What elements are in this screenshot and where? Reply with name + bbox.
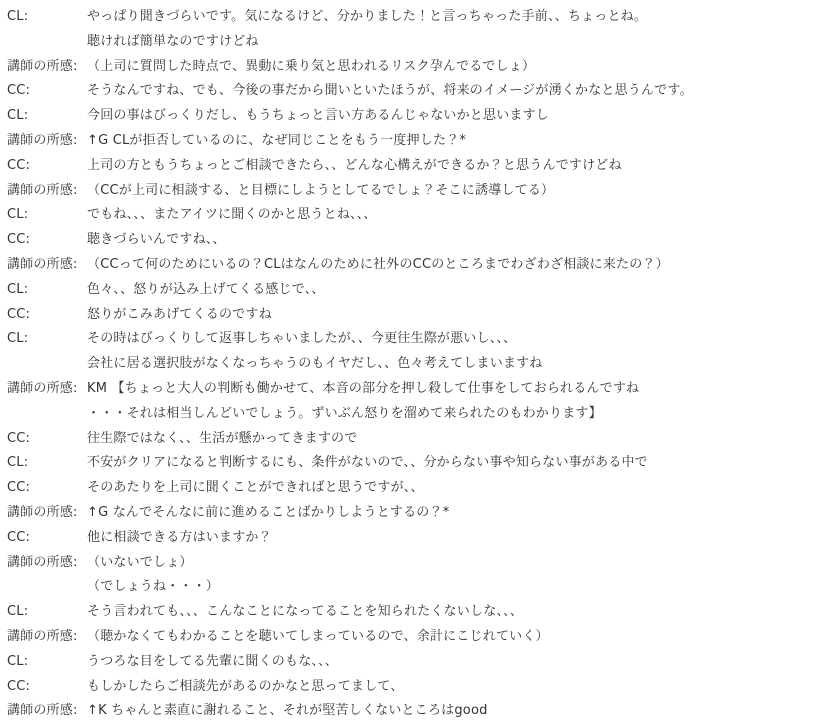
utterance-line: ↑K ちゃんと素直に謝れること、それが堅苦しくないところはgood: [87, 699, 821, 721]
transcript-row: 講師の所感: （上司に質問した時点で、異動に乗り気と思われるリスク孕んでるでしょ…: [7, 55, 821, 80]
transcript-document: CL: やっぱり聞きづらいです。気になるけど、分かりました！と言っちゃった手前、…: [0, 0, 825, 721]
row-lines: ↑G CLが拒否しているのに、なぜ同じことをもう一度押した？*: [87, 129, 821, 154]
speaker-label: CC:: [7, 303, 87, 328]
speaker-label: CL:: [7, 451, 87, 476]
utterance-line: 往生際ではなく、、生活が懸かってきますので: [87, 427, 821, 452]
transcript-row: CC: そのあたりを上司に聞くことができればと思うですが、、: [7, 476, 821, 501]
transcript-row: CL: うつろな目をしてる先輩に聞くのもな、、、: [7, 650, 821, 675]
utterance-line: 聴きづらいんですね、、: [87, 228, 821, 253]
transcript-row: CL: そう言われても、、、こんなことになってることを知られたくないしな、、、: [7, 600, 821, 625]
transcript-row: 講師の所感: ↑G CLが拒否しているのに、なぜ同じことをもう一度押した？*: [7, 129, 821, 154]
speaker-label: CC:: [7, 476, 87, 501]
row-lines: （上司に質問した時点で、異動に乗り気と思われるリスク孕んでるでしょ）: [87, 55, 821, 80]
row-lines: でもね、、、またアイツに聞くのかと思うとね、、、: [87, 203, 821, 228]
speaker-label: CC:: [7, 228, 87, 253]
transcript-row: CL: 今回の事はびっくりだし、もうちょっと言い方あるんじゃないかと思いますし: [7, 104, 821, 129]
speaker-label: 講師の所感:: [7, 179, 87, 204]
row-lines: （いないでしょ）（でしょうね・・・）: [87, 551, 821, 601]
row-lines: （聴かなくてもわかることを聴いてしまっているので、余計にこじれていく）: [87, 625, 821, 650]
utterance-line: （CCって何のためにいるの？CLはなんのために社外のCCのところまでわざわざ相談…: [87, 253, 821, 278]
utterance-line: もしかしたらご相談先があるのかなと思ってまして、: [87, 675, 821, 700]
transcript: CL: やっぱり聞きづらいです。気になるけど、分かりました！と言っちゃった手前、…: [7, 5, 821, 721]
row-lines: 不安がクリアになると判断するにも、条件がないので、、分からない事や知らない事があ…: [87, 451, 821, 476]
row-lines: その時はびっくりして返事しちゃいましたが、、今更往生際が悪いし、、、会社に居る選…: [87, 327, 821, 377]
row-lines: もしかしたらご相談先があるのかなと思ってまして、: [87, 675, 821, 700]
transcript-row: CC: 怒りがこみあげてくるのですね: [7, 303, 821, 328]
utterance-line: 上司の方ともうちょっとご相談できたら、、どんな心構えができるか？と思うんですけど…: [87, 154, 821, 179]
utterance-line: 会社に居る選択肢がなくなっちゃうのもイヤだし、、色々考えてしまいますね: [87, 352, 821, 377]
utterance-line: ・・・それは相当しんどいでしょう。ずいぶん怒りを溜めて来られたのもわかります】: [87, 402, 821, 427]
speaker-label: CC:: [7, 427, 87, 452]
transcript-row: 講師の所感: （CCって何のためにいるの？CLはなんのために社外のCCのところま…: [7, 253, 821, 278]
utterance-line: ↑G CLが拒否しているのに、なぜ同じことをもう一度押した？*: [87, 129, 821, 154]
transcript-row: 講師の所感: ↑G なんでそんなに前に進めることばかりしようとするの？*: [7, 501, 821, 526]
row-lines: 他に相談できる方はいますか？: [87, 526, 821, 551]
speaker-label: CC:: [7, 79, 87, 104]
transcript-row: CC: もしかしたらご相談先があるのかなと思ってまして、: [7, 675, 821, 700]
speaker-label: 講師の所感:: [7, 551, 87, 576]
speaker-label: CL:: [7, 104, 87, 129]
transcript-row: CL: やっぱり聞きづらいです。気になるけど、分かりました！と言っちゃった手前、…: [7, 5, 821, 55]
utterance-line: 他に相談できる方はいますか？: [87, 526, 821, 551]
row-lines: 色々、、怒りが込み上げてくる感じで、、: [87, 278, 821, 303]
utterance-line: その時はびっくりして返事しちゃいましたが、、今更往生際が悪いし、、、: [87, 327, 821, 352]
transcript-row: 講師の所感: （いないでしょ）（でしょうね・・・）: [7, 551, 821, 601]
speaker-label: 講師の所感:: [7, 253, 87, 278]
speaker-label: 講師の所感:: [7, 501, 87, 526]
speaker-label: 講師の所感:: [7, 625, 87, 650]
speaker-label: CC:: [7, 154, 87, 179]
transcript-row: CC: 聴きづらいんですね、、: [7, 228, 821, 253]
utterance-line: KM 【ちょっと大人の判断も働かせて、本音の部分を押し殺して仕事をしておられるん…: [87, 377, 821, 402]
utterance-line: やっぱり聞きづらいです。気になるけど、分かりました！と言っちゃった手前、、ちょっ…: [87, 5, 821, 30]
transcript-row: CL: 色々、、怒りが込み上げてくる感じで、、: [7, 278, 821, 303]
row-lines: （CCが上司に相談する、と目標にしようとしてるでしょ？そこに誘導してる）: [87, 179, 821, 204]
row-lines: やっぱり聞きづらいです。気になるけど、分かりました！と言っちゃった手前、、ちょっ…: [87, 5, 821, 55]
utterance-line: （上司に質問した時点で、異動に乗り気と思われるリスク孕んでるでしょ）: [87, 55, 821, 80]
utterance-line: でもね、、、またアイツに聞くのかと思うとね、、、: [87, 203, 821, 228]
speaker-label: CL:: [7, 650, 87, 675]
speaker-label: 講師の所感:: [7, 377, 87, 402]
transcript-row: CC: 往生際ではなく、、生活が懸かってきますので: [7, 427, 821, 452]
speaker-label: CC:: [7, 526, 87, 551]
speaker-label: CL:: [7, 600, 87, 625]
utterance-line: うつろな目をしてる先輩に聞くのもな、、、: [87, 650, 821, 675]
transcript-row: 講師の所感: （聴かなくてもわかることを聴いてしまっているので、余計にこじれてい…: [7, 625, 821, 650]
row-lines: ↑K ちゃんと素直に謝れること、それが堅苦しくないところはgood: [87, 699, 821, 721]
transcript-row: CC: 上司の方ともうちょっとご相談できたら、、どんな心構えができるか？と思うん…: [7, 154, 821, 179]
speaker-label: 講師の所感:: [7, 129, 87, 154]
transcript-row: 講師の所感: ↑K ちゃんと素直に謝れること、それが堅苦しくないところはgood: [7, 699, 821, 721]
utterance-line: ↑G なんでそんなに前に進めることばかりしようとするの？*: [87, 501, 821, 526]
row-lines: うつろな目をしてる先輩に聞くのもな、、、: [87, 650, 821, 675]
transcript-row: CC: そうなんですね、でも、今後の事だから聞いといたほうが、将来のイメージが湧…: [7, 79, 821, 104]
utterance-line: 色々、、怒りが込み上げてくる感じで、、: [87, 278, 821, 303]
row-lines: 往生際ではなく、、生活が懸かってきますので: [87, 427, 821, 452]
row-lines: KM 【ちょっと大人の判断も働かせて、本音の部分を押し殺して仕事をしておられるん…: [87, 377, 821, 427]
utterance-line: そのあたりを上司に聞くことができればと思うですが、、: [87, 476, 821, 501]
utterance-line: 今回の事はびっくりだし、もうちょっと言い方あるんじゃないかと思いますし: [87, 104, 821, 129]
speaker-label: CL:: [7, 203, 87, 228]
row-lines: 上司の方ともうちょっとご相談できたら、、どんな心構えができるか？と思うんですけど…: [87, 154, 821, 179]
utterance-line: （CCが上司に相談する、と目標にしようとしてるでしょ？そこに誘導してる）: [87, 179, 821, 204]
transcript-row: 講師の所感: KM 【ちょっと大人の判断も働かせて、本音の部分を押し殺して仕事を…: [7, 377, 821, 427]
utterance-line: そうなんですね、でも、今後の事だから聞いといたほうが、将来のイメージが湧くかなと…: [87, 79, 821, 104]
transcript-row: CL: 不安がクリアになると判断するにも、条件がないので、、分からない事や知らな…: [7, 451, 821, 476]
speaker-label: 講師の所感:: [7, 55, 87, 80]
utterance-line: （聴かなくてもわかることを聴いてしまっているので、余計にこじれていく）: [87, 625, 821, 650]
row-lines: ↑G なんでそんなに前に進めることばかりしようとするの？*: [87, 501, 821, 526]
row-lines: 怒りがこみあげてくるのですね: [87, 303, 821, 328]
row-lines: そうなんですね、でも、今後の事だから聞いといたほうが、将来のイメージが湧くかなと…: [87, 79, 821, 104]
speaker-label: 講師の所感:: [7, 699, 87, 721]
transcript-row: 講師の所感: （CCが上司に相談する、と目標にしようとしてるでしょ？そこに誘導し…: [7, 179, 821, 204]
row-lines: （CCって何のためにいるの？CLはなんのために社外のCCのところまでわざわざ相談…: [87, 253, 821, 278]
row-lines: 今回の事はびっくりだし、もうちょっと言い方あるんじゃないかと思いますし: [87, 104, 821, 129]
row-lines: そう言われても、、、こんなことになってることを知られたくないしな、、、: [87, 600, 821, 625]
utterance-line: （いないでしょ）: [87, 551, 821, 576]
utterance-line: 聴ければ簡単なのですけどね: [87, 30, 821, 55]
transcript-row: CL: でもね、、、またアイツに聞くのかと思うとね、、、: [7, 203, 821, 228]
row-lines: 聴きづらいんですね、、: [87, 228, 821, 253]
utterance-line: 怒りがこみあげてくるのですね: [87, 303, 821, 328]
row-lines: そのあたりを上司に聞くことができればと思うですが、、: [87, 476, 821, 501]
utterance-line: そう言われても、、、こんなことになってることを知られたくないしな、、、: [87, 600, 821, 625]
transcript-row: CL: その時はびっくりして返事しちゃいましたが、、今更往生際が悪いし、、、会社…: [7, 327, 821, 377]
utterance-line: 不安がクリアになると判断するにも、条件がないので、、分からない事や知らない事があ…: [87, 451, 821, 476]
transcript-row: CC: 他に相談できる方はいますか？: [7, 526, 821, 551]
speaker-label: CC:: [7, 675, 87, 700]
speaker-label: CL:: [7, 327, 87, 352]
speaker-label: CL:: [7, 278, 87, 303]
speaker-label: CL:: [7, 5, 87, 30]
utterance-line: （でしょうね・・・）: [87, 575, 821, 600]
